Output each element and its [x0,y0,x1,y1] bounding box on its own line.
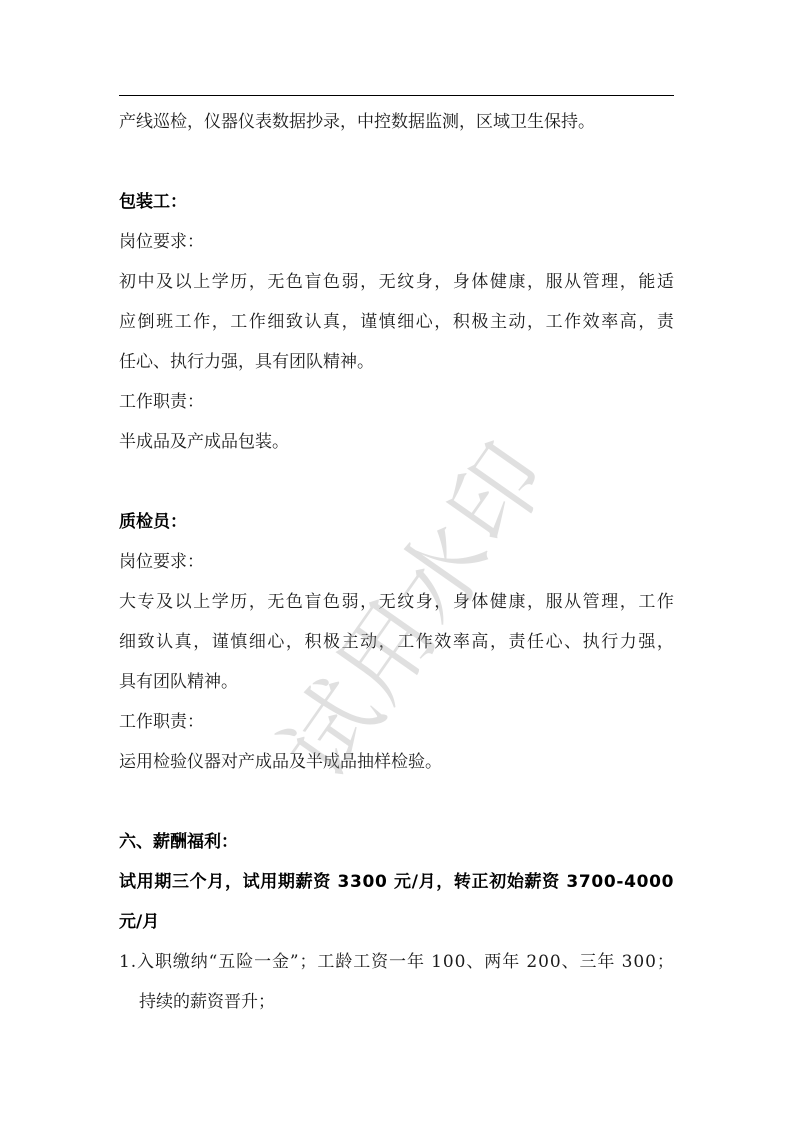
document-body: 产线巡检，仪器仪表数据抄录，中控数据监测，区域卫生保持。 包装工： 岗位要求： … [119,102,674,1022]
header-rule [119,95,674,96]
benefit-item: 1.入职缴纳“五险一金”；工龄工资一年 100、两年 200、三年 300； [119,942,674,982]
requirements-line: 任心、执行力强，具有团队精神。 [119,342,674,382]
duties-line: 运用检验仪器对产成品及半成品抽样检验。 [119,742,674,782]
section-quality-inspector: 质检员： 岗位要求： 大专及以上学历，无色盲色弱，无纹身，身体健康，服从管理，工… [119,502,674,782]
document-page: 产线巡检，仪器仪表数据抄录，中控数据监测，区域卫生保持。 包装工： 岗位要求： … [0,0,794,1123]
section-title: 质检员： [119,502,674,542]
requirements-line: 具有团队精神。 [119,662,674,702]
duties-label: 工作职责： [119,382,674,422]
salary-line: 元/月 [119,902,674,942]
duties-label: 工作职责： [119,702,674,742]
requirements-line: 初中及以上学历，无色盲色弱，无纹身，身体健康，服从管理，能适 [119,262,674,302]
requirements-line: 大专及以上学历，无色盲色弱，无纹身，身体健康，服从管理，工作 [119,582,674,622]
requirements-line: 应倒班工作，工作细致认真，谨慎细心，积极主动，工作效率高，责 [119,302,674,342]
requirements-label: 岗位要求： [119,222,674,262]
salary-line: 试用期三个月，试用期薪资 3300 元/月，转正初始薪资 3700-4000 [119,862,674,902]
section-title: 包装工： [119,182,674,222]
spacer [119,462,674,502]
previous-duties-text: 产线巡检，仪器仪表数据抄录，中控数据监测，区域卫生保持。 [119,102,674,142]
duties-line: 半成品及产成品包装。 [119,422,674,462]
requirements-line: 细致认真，谨慎细心，积极主动，工作效率高，责任心、执行力强， [119,622,674,662]
spacer [119,782,674,822]
spacer [119,142,674,182]
benefit-item-continuation: 持续的薪资晋升； [119,982,674,1022]
requirements-label: 岗位要求： [119,542,674,582]
compensation-heading: 六、薪酬福利： [119,822,674,862]
section-compensation: 六、薪酬福利： 试用期三个月，试用期薪资 3300 元/月，转正初始薪资 370… [119,822,674,1022]
section-packer: 包装工： 岗位要求： 初中及以上学历，无色盲色弱，无纹身，身体健康，服从管理，能… [119,182,674,462]
